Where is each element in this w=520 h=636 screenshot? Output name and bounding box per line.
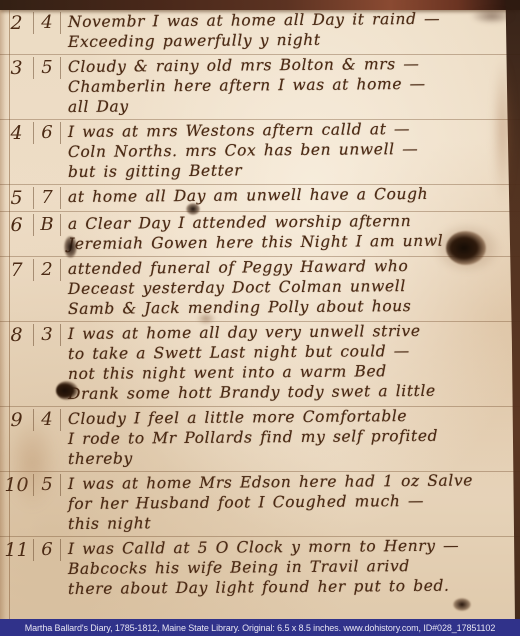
day-of-week: 6 [34,122,61,144]
entry-text: at home all Day am unwell have a Cough [61,187,520,207]
entry-line: all Day [68,93,504,117]
day-of-week: B [34,214,61,236]
diary-entry-nov-4: 4 6 I was at mrs Westons aftern calld at… [0,119,520,184]
day-of-month: 11 [0,539,34,561]
diary-entry-nov-11: 11 6 I was Calld at 5 O Clock y morn to … [0,536,520,601]
ink-blot-letter-d [56,381,78,400]
diary-entry-nov-3: 3 5 Cloudy & rainy old mrs Bolton & mrs … [0,54,520,119]
entry-text: Novembr I was at home all Day it raind —… [61,12,520,52]
day-of-month: 4 [0,122,34,144]
entry-line: but is gitting Better [68,158,504,182]
day-of-week: 5 [34,57,61,79]
day-of-month: 7 [0,259,34,281]
day-of-month: 6 [0,214,34,236]
day-of-week: 7 [34,187,61,209]
day-of-month: 2 [0,12,34,34]
paper-stain-topright [470,8,514,24]
diary-entry-nov-5: 5 7 at home all Day am unwell have a Cou… [0,184,520,211]
diary-page-photo: 2 4 Novembr I was at home all Day it rai… [0,0,520,636]
entry-text: Cloudy I feel a little more Comfortable … [61,409,520,469]
diary-entry-nov-8: 8 3 I was at home all day very unwell st… [0,321,520,406]
entry-text: I was at home Mrs Edson here had 1 oz Sa… [61,474,520,534]
ink-blot-large [446,231,486,265]
day-of-week: 2 [34,259,61,281]
entry-line: at home all Day am unwell have a Cough [68,183,504,207]
entry-line: Drank some hott Brandy tody swet a littl… [68,380,504,404]
day-of-week: 4 [34,12,61,34]
attribution-bar: Martha Ballard's Diary, 1785-1812, Maine… [0,619,520,636]
ink-blot-letter [64,236,77,258]
day-of-week: 6 [34,539,61,561]
ink-blot-bottom [453,598,471,611]
diary-entries: 2 4 Novembr I was at home all Day it rai… [0,10,520,601]
day-of-week: 3 [34,324,61,346]
ink-blot-small [186,203,200,215]
entry-text: Cloudy & rainy old mrs Bolton & mrs — Ch… [61,57,520,117]
attribution-text: Martha Ballard's Diary, 1785-1812, Maine… [25,623,496,633]
entry-line: Samb & Jack mending Polly about hous [68,295,504,319]
day-of-month: 8 [0,324,34,346]
paper-stain-margin [6,415,58,510]
entry-line: there about Day light found her put to b… [68,575,504,599]
paper-stain-mid [196,312,216,325]
entry-line: thereby [68,445,504,469]
entry-text: I was Calld at 5 O Clock y morn to Henry… [61,539,520,599]
diary-entry-nov-2: 2 4 Novembr I was at home all Day it rai… [0,10,520,54]
entry-line: Exceeding pawerfully y night [68,28,504,52]
entry-text: I was at mrs Westons aftern calld at — C… [61,122,520,182]
day-of-month: 3 [0,57,34,79]
day-of-month: 5 [0,187,34,209]
entry-text: I was at home all day very unwell strive… [61,324,520,404]
entry-line: this night [68,510,504,534]
diary-entry-nov-9: 9 4 Cloudy I feel a little more Comforta… [0,406,520,471]
diary-entry-nov-10: 10 5 I was at home Mrs Edson here had 1 … [0,471,520,536]
paper-stain-rightedge [492,55,514,205]
